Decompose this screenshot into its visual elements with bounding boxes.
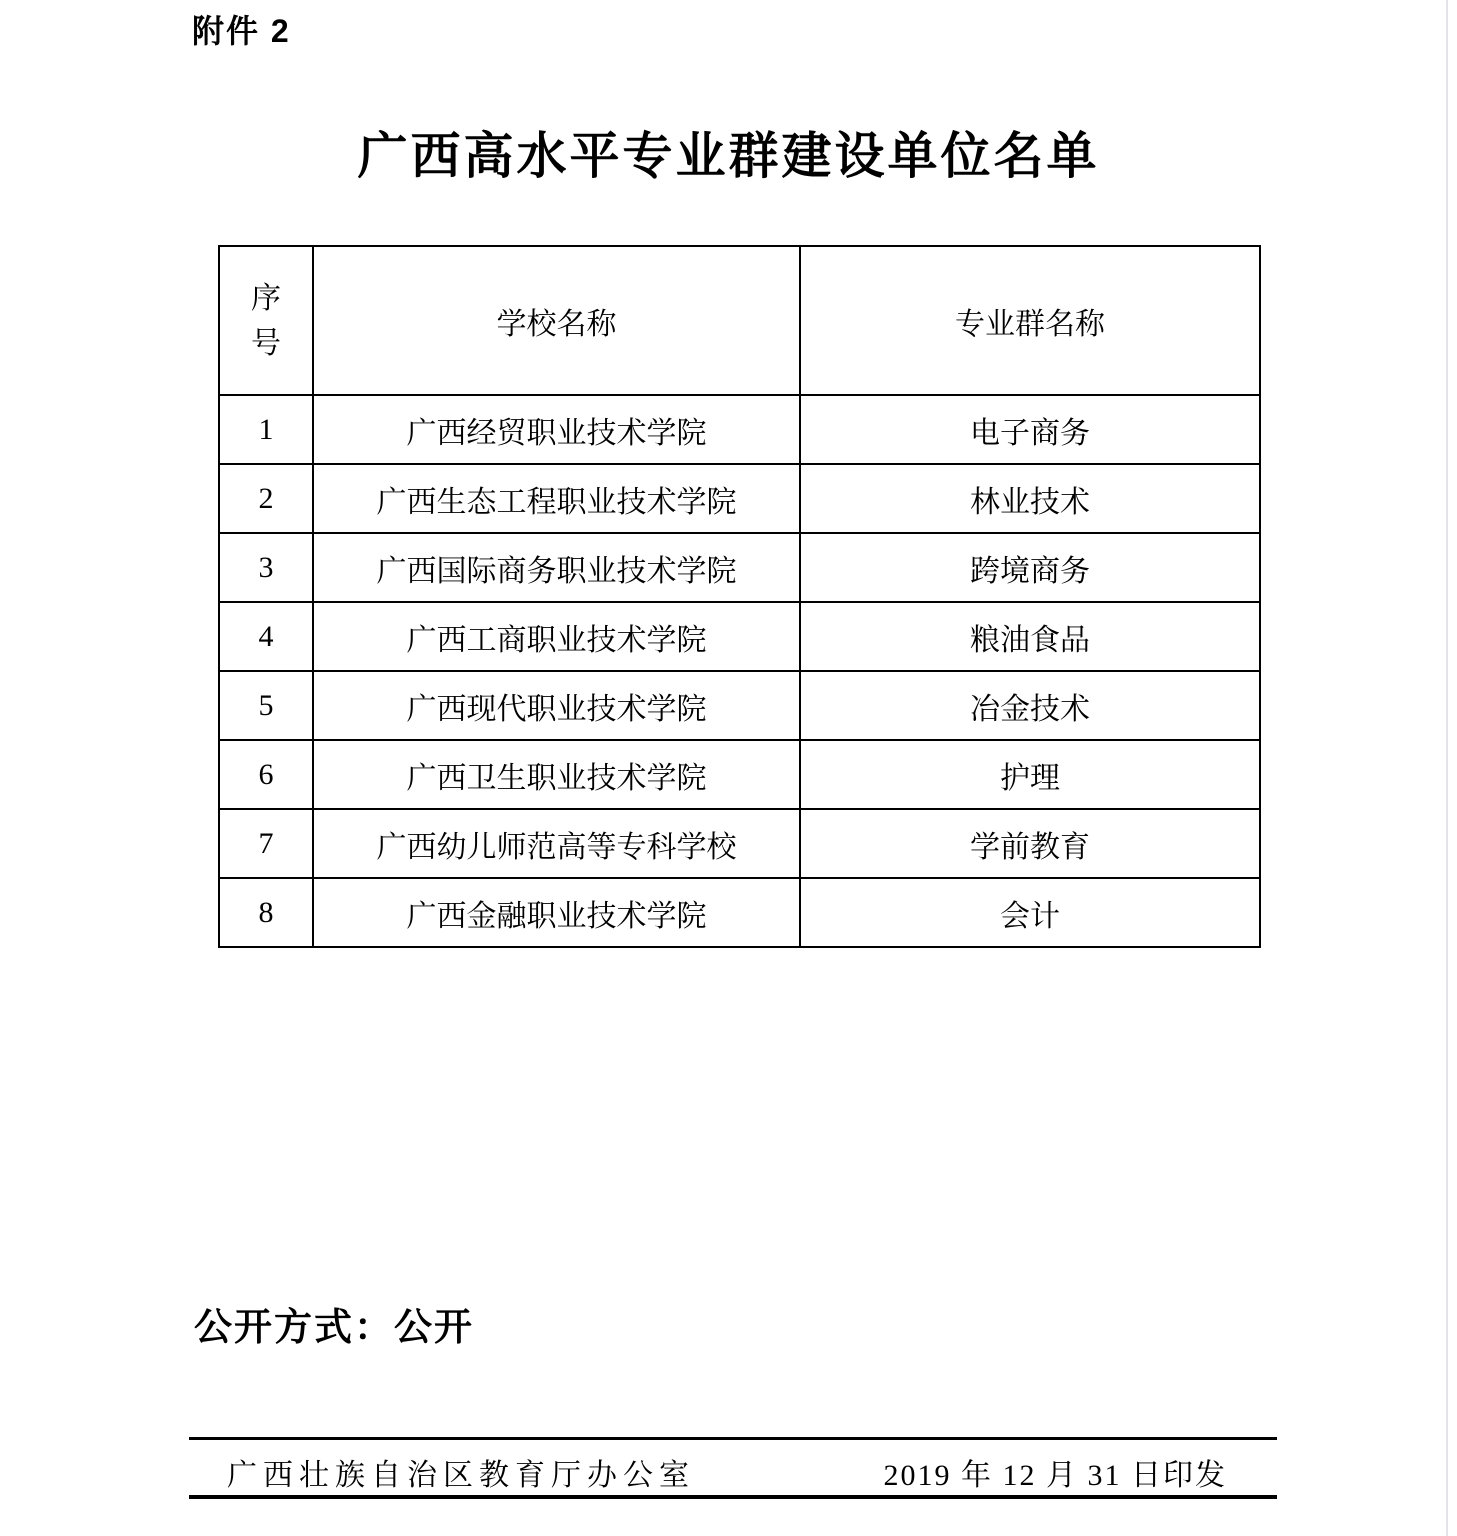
cell-serial: 1 xyxy=(219,395,313,464)
footer-bottom-rule xyxy=(189,1495,1277,1499)
document-footer: 广西壮族自治区教育厅办公室 2019 年 12 月 31 日印发 xyxy=(189,1451,1277,1493)
document-page: 附件 2 广西高水平专业群建设单位名单 序 号 学校名称 专业群名称 1 广西经… xyxy=(0,0,1457,1536)
table-row: 5 广西现代职业技术学院 冶金技术 xyxy=(219,671,1260,740)
cell-group: 学前教育 xyxy=(800,809,1260,878)
cell-serial: 7 xyxy=(219,809,313,878)
cell-serial: 2 xyxy=(219,464,313,533)
cell-school: 广西现代职业技术学院 xyxy=(313,671,800,740)
footer-print-date: 2019 年 12 月 31 日印发 xyxy=(884,1450,1228,1494)
attachment-label: 附件 2 xyxy=(192,6,291,52)
cell-serial: 5 xyxy=(219,671,313,740)
cell-group: 冶金技术 xyxy=(800,671,1260,740)
cell-serial: 4 xyxy=(219,602,313,671)
cell-school: 广西金融职业技术学院 xyxy=(313,878,800,947)
footer-issuer: 广西壮族自治区教育厅办公室 xyxy=(227,1450,695,1494)
units-table: 序 号 学校名称 专业群名称 1 广西经贸职业技术学院 电子商务 2 广西生态工… xyxy=(218,245,1261,948)
cell-school: 广西国际商务职业技术学院 xyxy=(313,533,800,602)
cell-serial: 8 xyxy=(219,878,313,947)
cell-school: 广西工商职业技术学院 xyxy=(313,602,800,671)
column-header-serial: 序 号 xyxy=(219,246,313,395)
cell-school: 广西幼儿师范高等专科学校 xyxy=(313,809,800,878)
page-title: 广西高水平专业群建设单位名单 xyxy=(0,116,1457,188)
table-header-row: 序 号 学校名称 专业群名称 xyxy=(219,246,1260,395)
table-row: 3 广西国际商务职业技术学院 跨境商务 xyxy=(219,533,1260,602)
table-row: 7 广西幼儿师范高等专科学校 学前教育 xyxy=(219,809,1260,878)
column-header-group: 专业群名称 xyxy=(800,246,1260,395)
cell-group: 会计 xyxy=(800,878,1260,947)
column-header-school: 学校名称 xyxy=(313,246,800,395)
cell-group: 跨境商务 xyxy=(800,533,1260,602)
table-row: 4 广西工商职业技术学院 粮油食品 xyxy=(219,602,1260,671)
table-row: 8 广西金融职业技术学院 会计 xyxy=(219,878,1260,947)
cell-school: 广西生态工程职业技术学院 xyxy=(313,464,800,533)
cell-group: 粮油食品 xyxy=(800,602,1260,671)
cell-serial: 6 xyxy=(219,740,313,809)
cell-group: 林业技术 xyxy=(800,464,1260,533)
cell-serial: 3 xyxy=(219,533,313,602)
footer-top-rule xyxy=(189,1437,1277,1440)
table-row: 6 广西卫生职业技术学院 护理 xyxy=(219,740,1260,809)
table-row: 2 广西生态工程职业技术学院 林业技术 xyxy=(219,464,1260,533)
cell-school: 广西经贸职业技术学院 xyxy=(313,395,800,464)
cell-school: 广西卫生职业技术学院 xyxy=(313,740,800,809)
disclosure-method-line: 公开方式：公开 xyxy=(194,1296,474,1351)
cell-group: 电子商务 xyxy=(800,395,1260,464)
page-edge-line xyxy=(1446,0,1448,1536)
cell-group: 护理 xyxy=(800,740,1260,809)
table-row: 1 广西经贸职业技术学院 电子商务 xyxy=(219,395,1260,464)
